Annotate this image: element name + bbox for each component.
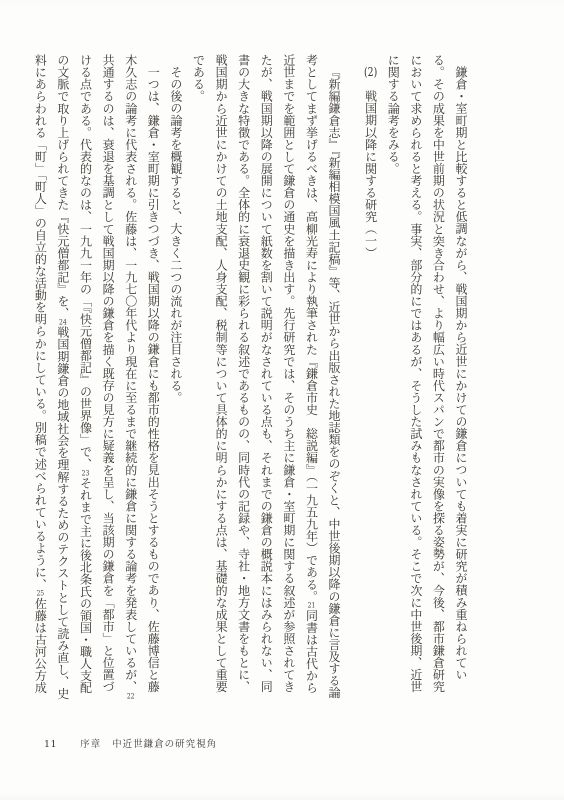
chapter-label: 序章 [80,736,101,750]
footnote-ref: 25 [36,590,44,597]
footnote-ref: 21 [307,602,315,609]
section-heading: (2) 戦国期以降に関する研究（一） [359,54,382,704]
body-text: 鎌倉・室町期と比較すると低調ながら、戦国期から近世にかけての鎌倉についても着実に… [43,54,472,704]
paragraph: 一つは、鎌倉・室町期に引きつづき、戦国期以降の鎌倉にも都市的性格を見出そうとする… [29,54,165,704]
page-number: 11 [44,739,57,750]
heading-number: (2) [364,66,378,78]
footnote-ref: 23 [82,470,90,477]
footnote-ref: 22 [127,693,135,700]
paragraph: 鎌倉・室町期と比較すると低調ながら、戦国期から近世にかけての鎌倉についても着実に… [382,54,472,704]
paragraph: 『新編鎌倉志』『新編相模国風土記稿』等、近世から出版された地誌類をのぞくと、中世… [187,54,345,704]
footer-running-title: 11序章中近世鎌倉の研究視角 [44,736,217,750]
page-background: 鎌倉・室町期と比較すると低調ながら、戦国期から近世にかけての鎌倉についても着実に… [0,0,564,800]
paragraph: その後の論考を概観すると、大きく二つの流れが注目される。 [164,54,187,704]
running-title: 中近世鎌倉の研究視角 [112,739,217,750]
footnote-ref: 24 [59,319,67,326]
scanned-book-page: { "page": { "background": "#fdfdfc", "te… [0,0,564,800]
